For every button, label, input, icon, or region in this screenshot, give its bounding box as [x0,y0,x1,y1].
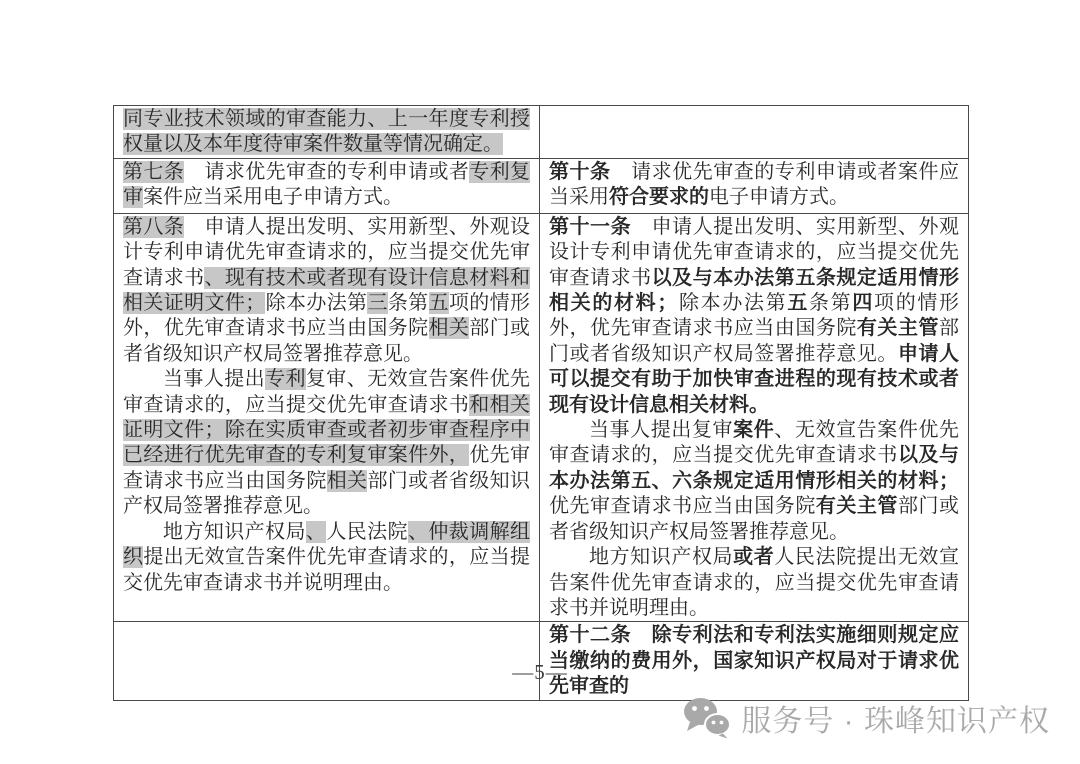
text-run: 地方知识产权局 [163,521,306,543]
table-cell-left: 第八条 申请人提出发明、实用新型、外观设计专利申请优先审查请求的，应当提交优先审… [114,213,540,622]
highlighted-text: 同专业技术领域的审查能力、上一年度专利授权量以及本年度待审案件数量等情况确定。 [123,108,530,155]
bold-text: 有关主管 [816,495,898,517]
wechat-icon [683,697,731,739]
bold-text: 第十一条 [549,216,631,238]
table-cell-right: 第十一条 申请人提出发明、实用新型、外观设计专利申请优先审查请求的，应当提交优先… [540,213,969,622]
highlighted-text: 三 [367,292,387,314]
highlighted-text: 第七条 [123,161,184,183]
paragraph: 当事人提出专利复审、无效宣告案件优先审查请求的，应当提交优先审查请求书和相关证明… [123,367,530,519]
text-run: 条第 [388,292,429,314]
text-run: 人民法院 [326,521,408,543]
bold-text: 案件 [733,419,774,441]
text-run: 电子申请方式。 [709,186,849,208]
comparison-table: 同专业技术领域的审查能力、上一年度专利授权量以及本年度待审案件数量等情况确定。第… [113,105,969,701]
paragraph: 同专业技术领域的审查能力、上一年度专利授权量以及本年度待审案件数量等情况确定。 [123,107,530,158]
text-run: 优先审查请求书应当由国务院 [549,495,816,517]
paragraph: 第十条 请求优先审查的专利申请或者案件应当采用符合要求的电子申请方式。 [549,160,959,211]
highlighted-text: 第八条 [123,216,184,238]
paragraph: 第七条 请求优先审查的专利申请或者专利复审案件应当采用电子申请方式。 [123,160,530,211]
table-cell-left: 同专业技术领域的审查能力、上一年度专利授权量以及本年度待审案件数量等情况确定。 [114,106,540,159]
table-cell-right [540,106,969,159]
text-run: 当事人提出 [163,368,265,390]
table-cell-right: 第十条 请求优先审查的专利申请或者案件应当采用符合要求的电子申请方式。 [540,158,969,213]
bold-text: 符合要求的 [609,186,709,208]
table-row: 第八条 申请人提出发明、实用新型、外观设计专利申请优先审查请求的，应当提交优先审… [114,213,969,622]
text-run: 请求优先审查的专利申请或者 [184,161,469,183]
bold-text: 五 [787,292,809,314]
bold-text: 第十条 [549,161,611,183]
text-run: 提出无效宣告案件优先审查请求的，应当提交优先审查请求书并说明理由。 [123,546,530,593]
table-row: 第七条 请求优先审查的专利申请或者专利复审案件应当采用电子申请方式。第十条 请求… [114,158,969,213]
text-run: 条第 [809,292,852,314]
document-page: 同专业技术领域的审查能力、上一年度专利授权量以及本年度待审案件数量等情况确定。第… [0,0,1080,764]
highlighted-text: 专利 [265,368,306,390]
highlighted-text: 五 [429,292,449,314]
paragraph: 当事人提出复审案件、无效宣告案件优先审查请求的，应当提交优先审查请求书以及与本办… [549,418,959,545]
highlighted-text: 、 [306,521,326,543]
footer-brand-label: 服务号 · 珠峰知识产权 [741,696,1050,740]
highlighted-text: 相关 [327,470,368,492]
text-run: 除本办法第 [265,292,367,314]
highlighted-text: 相关 [429,317,470,339]
text-run: 当事人提出复审 [589,419,733,441]
bold-text: 有关主管 [857,317,939,339]
bold-text: 或者 [733,546,774,568]
table-cell-left: 第七条 请求优先审查的专利申请或者专利复审案件应当采用电子申请方式。 [114,158,540,213]
bold-text: 四 [852,292,874,314]
page-number: —5— [0,660,1080,685]
text-run: 案件应当采用电子申请方式。 [143,186,403,208]
table-row: 同专业技术领域的审查能力、上一年度专利授权量以及本年度待审案件数量等情况确定。 [114,106,969,159]
paragraph: 第十一条 申请人提出发明、实用新型、外观设计专利申请优先审查请求的，应当提交优先… [549,215,959,418]
paragraph: 第八条 申请人提出发明、实用新型、外观设计专利申请优先审查请求的，应当提交优先审… [123,215,530,367]
table-body: 同专业技术领域的审查能力、上一年度专利授权量以及本年度待审案件数量等情况确定。第… [114,106,969,701]
paragraph: 地方知识产权局、人民法院、仲裁调解组织提出无效宣告案件优先审查请求的，应当提交优… [123,520,530,596]
footer-brand: 服务号 · 珠峰知识产权 [683,696,1050,740]
text-run: 地方知识产权局 [589,546,733,568]
text-run: 除本办法第 [677,292,787,314]
paragraph: 地方知识产权局或者人民法院提出无效宣告案件优先审查请求的，应当提交优先审查请求书… [549,545,959,621]
